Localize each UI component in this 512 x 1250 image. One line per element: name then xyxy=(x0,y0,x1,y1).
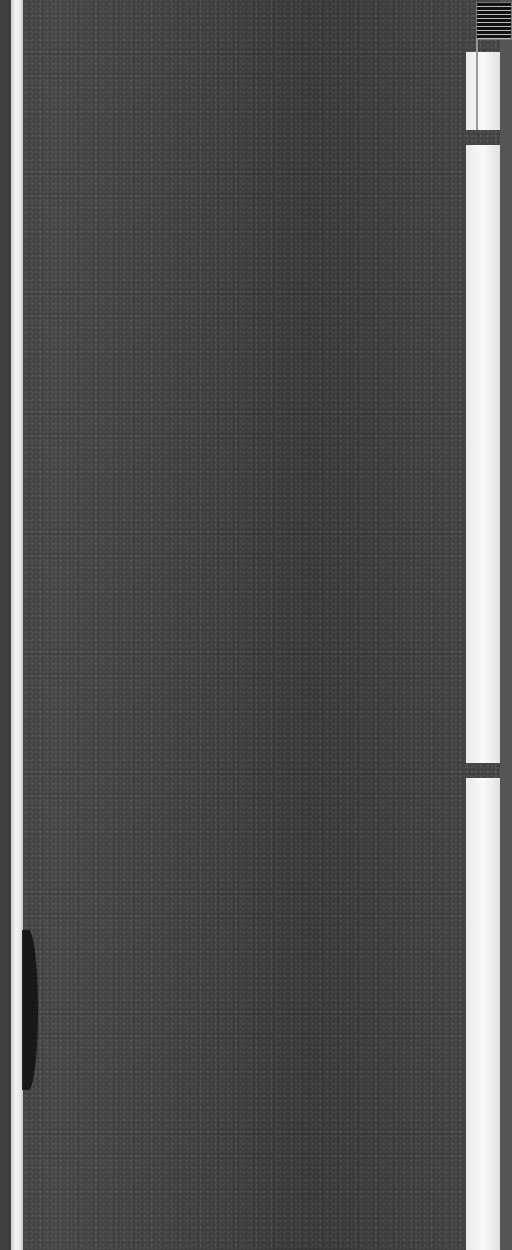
pavement-stain xyxy=(22,930,38,1090)
lane-dash xyxy=(466,778,500,1250)
grate-edge xyxy=(476,38,478,130)
road-surface xyxy=(0,0,512,1250)
lane-dash xyxy=(466,145,500,763)
right-shoulder xyxy=(500,0,512,1250)
lane-dash xyxy=(466,52,500,130)
drain-grate-icon xyxy=(476,2,512,40)
